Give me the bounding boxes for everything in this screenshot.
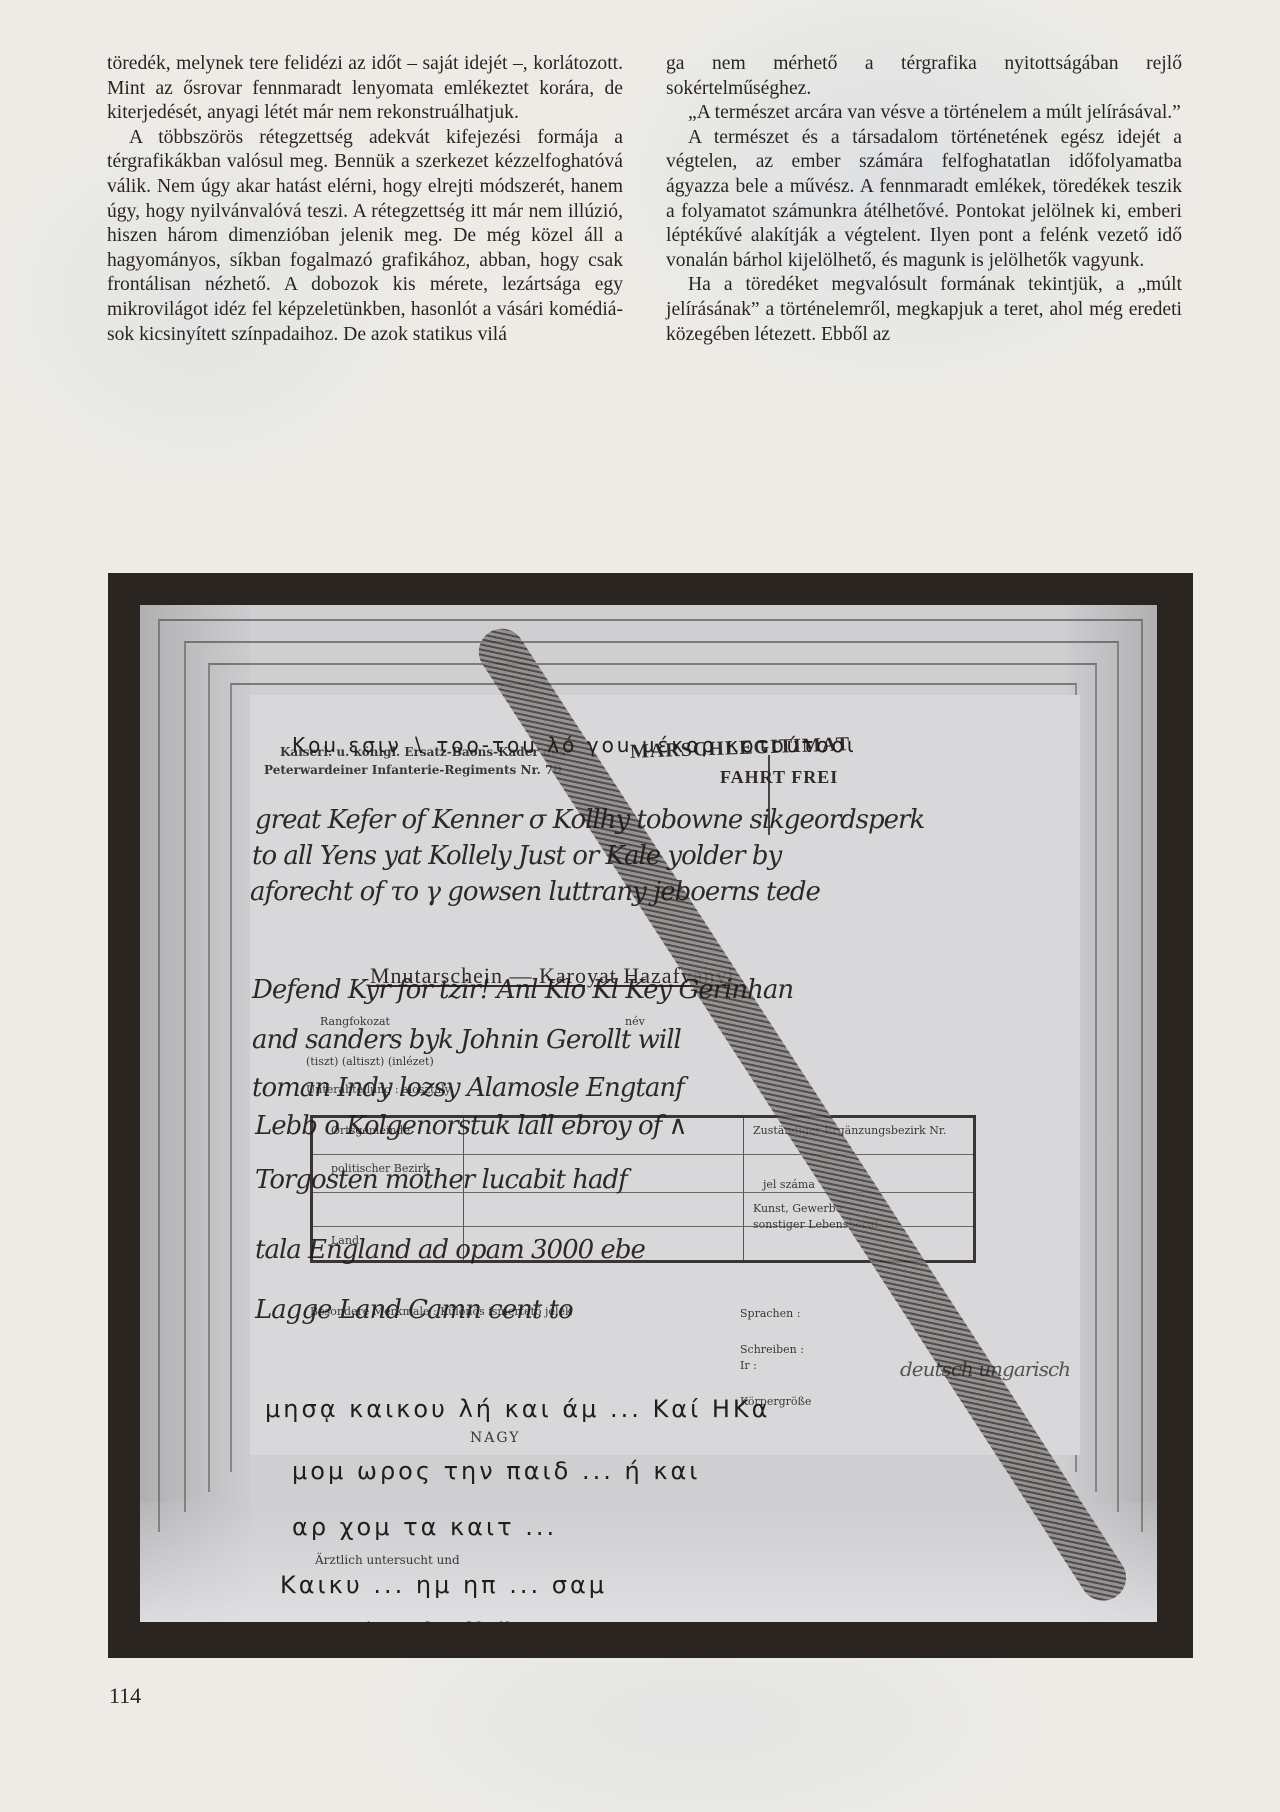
quote-paragraph: „A természet arcára van vésve a történel… [666, 101, 1182, 126]
paragraph: ga nem mérhető a térgrafika nyitottságáb… [666, 52, 1182, 101]
signature: Auctach mdfrei! [360, 1617, 509, 1622]
handwriting-line: to all Yens yat Kollely Just or Kale yol… [252, 841, 781, 871]
handwriting-line: great Kefer of Kenner σ Kollhy tobowne s… [255, 805, 924, 835]
paragraph: töredék, melynek tere felidézi az időt –… [107, 52, 623, 126]
handwriting-line: Κοu εσιν ∖ τοο-τοu λό γοu μέκορ κοτούτοο… [292, 733, 857, 757]
form-label: NAGY [470, 1430, 521, 1446]
handwriting-line: and sanders byk Johnin Gerollt will [252, 1025, 681, 1055]
handwriting-line: αρ χομ τα καιτ ... [292, 1513, 557, 1541]
text-column-right: ga nem mérhető a térgrafika nyitottságáb… [666, 52, 1182, 347]
stamp-fahrt-frei: FAHRT FREI [720, 767, 838, 788]
form-label: Ärztlich untersucht und [315, 1553, 460, 1567]
handwriting-line: Καικυ ... ημ ηπ ... σαμ [280, 1571, 607, 1599]
table-divider [313, 1154, 973, 1155]
text-column-left: töredék, melynek tere felidézi az időt –… [107, 52, 623, 347]
handwriting-line: Lagge Land Camn cent to [255, 1295, 573, 1325]
handwriting-line: Defend Kyr for tzir! Anl Klo Kl Key Geri… [252, 975, 793, 1005]
handwriting-line: Lebb o Kolgenorstuk lall ebroy of ∧ [255, 1111, 687, 1141]
handwriting-line: μομ ωρος την παιδ ... ή και [292, 1457, 700, 1485]
handwriting-line: toman Indy lozsy Alamosle Engtanf [252, 1073, 684, 1103]
form-label: Sprachen : [740, 1307, 800, 1320]
handwriting-line: tala England ad opam 3000 ebe [255, 1235, 645, 1265]
artwork-box-interior: Kaiserl. u. königl. Ersatz-Baons-Kader d… [140, 605, 1157, 1622]
paragraph: A többszörös rétegzettség adekvát kifeje… [107, 126, 623, 347]
form-label: Kunst, Gewerbe [753, 1202, 842, 1215]
printed-header: Peterwardeiner Infanterie-Regiments Nr. … [264, 763, 562, 777]
paragraph: Ha a töredéket megvalósult formának teki… [666, 273, 1182, 347]
form-label: (tiszt) (altiszt) (inlézet) [306, 1055, 434, 1068]
handwriting-line: Torgosten mother lucabit hadf [255, 1165, 627, 1195]
table-divider [743, 1118, 744, 1260]
paragraph: A természet és a társadalom történetének… [666, 126, 1182, 274]
form-label: jel száma [763, 1178, 815, 1191]
page-number: 114 [109, 1683, 141, 1709]
artwork-photo-frame: Kaiserl. u. königl. Ersatz-Baons-Kader d… [108, 573, 1193, 1658]
form-label: Ir : [740, 1359, 757, 1372]
handwriting-line: aforecht of το γ gowsen luttrany jeboern… [250, 877, 820, 907]
handwriting-line: deutsch ungarisch [900, 1357, 1070, 1381]
form-label: Schreiben : [740, 1343, 804, 1356]
handwriting-line: μησᾳ καικου λή και άμ ... Καί ΗΚα [265, 1395, 770, 1423]
